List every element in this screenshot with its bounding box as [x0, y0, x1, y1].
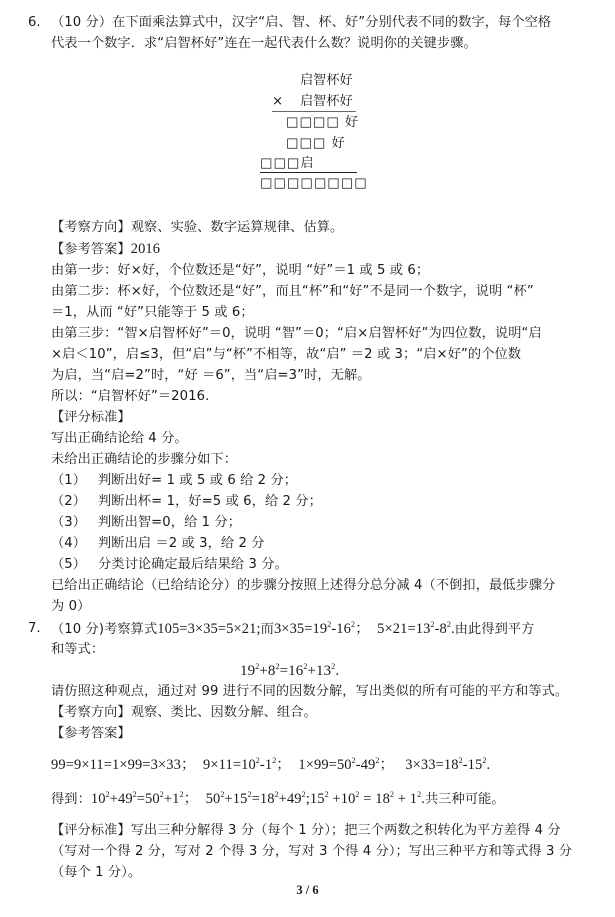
page-indicator: 3 / 6: [0, 883, 615, 898]
direction-text: 观察、类比、因数分解、组合。: [131, 705, 317, 720]
answer-value: 2016: [131, 241, 160, 257]
problem-6-number: 6.: [28, 14, 41, 32]
scoring-line-1: 写出正确结论给 4 分。: [51, 430, 188, 448]
solution-line-7: 所以：“启智杯好”＝2016.: [51, 388, 209, 406]
scoring-line-2: 未给出正确结论的步骤分如下：: [51, 451, 237, 469]
problem-7-centered-equation: 192+82=162+132.: [240, 662, 339, 680]
scoring-item-text: 分类讨论确定最后结果给 3 分。: [98, 557, 288, 572]
solution-line-1: 由第一步：好×好，个位数还是“好”，说明 “好”＝1 或 5 或 6；: [51, 262, 429, 280]
answer-label: 【参考答案】: [51, 242, 131, 257]
scoring-item-index: （1）: [51, 472, 98, 490]
scoring-item-index: （5）: [51, 556, 98, 574]
calc-row-partial-1: □□□□ 好: [286, 114, 359, 132]
problem-7-stem-line-1: （10 分)考察算式105=3×35=5×21;而3×35=192-162； 5…: [51, 620, 534, 639]
problem-7-stem-prefix: （10 分)考察算式: [51, 622, 157, 637]
problem-7-scoring-line-2: （写对一个得 2 分，写对 2 个得 3 分，写对 3 个得 4 分）；写出三种…: [51, 843, 572, 861]
solution-line-2: 由第二步：杯×好，个位数还是“好”，而且“杯”和“好”不是同一个数字，说明 “杯…: [51, 283, 534, 301]
calc-underline-2: [260, 172, 357, 173]
problem-7-stem-math: 105=3×35=5×21;: [157, 621, 260, 637]
problem-7-scoring-line-3: （每个 1 分）。: [51, 864, 141, 882]
problem-7-answer-label: 【参考答案】: [51, 725, 131, 743]
direction-label: 【考察方向】: [51, 220, 131, 235]
scoring-note-line-2: 为 0）: [51, 598, 90, 616]
document-page: 6. （10 分）在下面乘法算式中，汉字“启、智、杯、好”分别代表不同的数字，每…: [0, 0, 615, 917]
scoring-item-text: 判断出智=0，给 1 分；: [98, 515, 241, 530]
solution-line-5: ×启＜10”，启≤3，但“启”与“杯”不相等，故“启” ＝2 或 3；“启×好”…: [51, 346, 521, 364]
problem-7-instruction: 请仿照这种观点，通过对 99 进行不同的因数分解，写出类似的所有可能的平方和等式…: [51, 683, 568, 701]
problem-6-stem-line-2: 代表一个数字．求“启智杯好”连在一起代表什么数？说明你的关键步骤。: [51, 35, 477, 53]
scoring-item-text: 判断出杯= 1，好=5 或 6，给 2 分；: [98, 494, 322, 509]
problem-7-stem-line-2: 和等式：: [51, 641, 104, 659]
calc-row-product: □□□□□□□□: [260, 175, 368, 193]
scoring-item-2: （2）判断出杯= 1，好=5 或 6，给 2 分；: [51, 493, 322, 511]
problem-7-scoring-line-1: 【评分标准】写出三种分解得 3 分（每个 1 分）；把三个两数之积转化为平方差得…: [51, 822, 561, 840]
problem-6-direction: 【考察方向】观察、实验、数字运算规律、估算。: [51, 219, 343, 237]
problem-7-result: 得到：102+492=502+12； 502+152=182+492;152 +…: [51, 790, 505, 809]
calc-row-partial-2: □□□ 好: [286, 135, 346, 153]
scoring-item-index: （2）: [51, 493, 98, 511]
scoring-item-1: （1）判断出好= 1 或 5 或 6 给 2 分；: [51, 472, 297, 490]
calc-times-sign: ×: [272, 93, 283, 111]
solution-line-4: 由第三步：“智×启智杯好”＝0，说明 “智”＝0；“启×启智杯好”为四位数，说明…: [51, 325, 542, 343]
scoring-label: 【评分标准】: [51, 823, 131, 838]
direction-label: 【考察方向】: [51, 705, 131, 720]
solution-line-6: 为启，当“启=2”时，“好 ＝6”，当“启=3”时，无解。: [51, 367, 371, 385]
problem-7-number: 7.: [28, 620, 41, 638]
direction-text: 观察、实验、数字运算规律、估算。: [131, 220, 344, 235]
calc-row-multiplier: 启智杯好: [300, 93, 353, 111]
calc-underline-1: [272, 111, 356, 112]
solution-line-3: ＝1，从而 “好”只能等于 5 或 6；: [51, 304, 254, 322]
problem-7-factorization: 99=9×11=1×99=3×33； 9×11=102-12； 1×99=502…: [51, 756, 490, 774]
calc-row-multiplicand: 启智杯好: [300, 72, 353, 90]
calc-row-partial-3: □□□启: [260, 155, 315, 173]
scoring-note-line-1: 已给出正确结论（已给结论分）的步骤分按照上述得分总分减 4（不倒扣，最低步骤分: [51, 577, 555, 595]
scoring-item-5: （5）分类讨论确定最后结果给 3 分。: [51, 556, 288, 574]
problem-6-stem-line-1: （10 分）在下面乘法算式中，汉字“启、智、杯、好”分别代表不同的数字，每个空格: [51, 14, 551, 32]
scoring-item-3: （3）判断出智=0，给 1 分；: [51, 514, 241, 532]
scoring-item-index: （4）: [51, 535, 98, 553]
problem-7-direction: 【考察方向】观察、类比、因数分解、组合。: [51, 704, 317, 722]
problem-6-scoring-label: 【评分标准】: [51, 409, 131, 427]
problem-6-answer: 【参考答案】2016: [51, 240, 160, 259]
scoring-item-text: 判断出好= 1 或 5 或 6 给 2 分；: [98, 473, 297, 488]
scoring-item-4: （4）判断出启 ＝2 或 3，给 2 分: [51, 535, 265, 553]
scoring-item-text: 判断出启 ＝2 或 3，给 2 分: [98, 536, 265, 551]
scoring-item-index: （3）: [51, 514, 98, 532]
